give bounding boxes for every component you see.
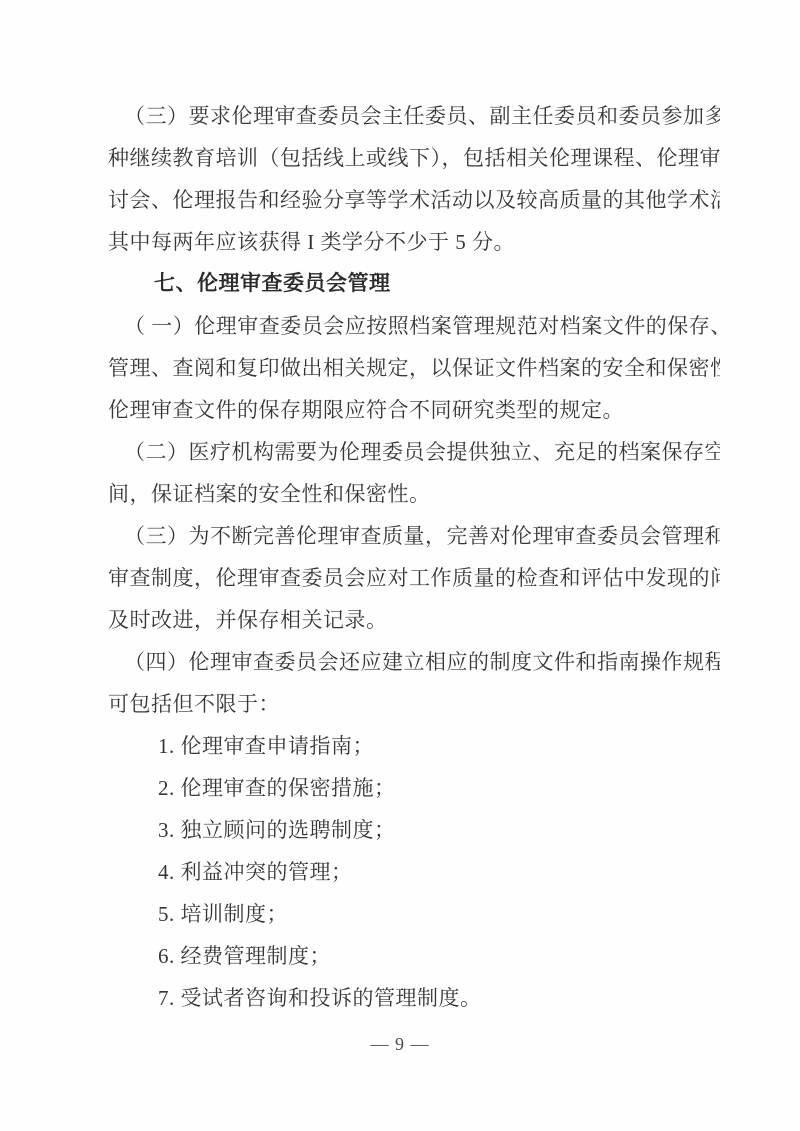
list-item: 4. 利益冲突的管理； [108, 851, 720, 893]
paragraph-line: 讨会、伦理报告和经验分享等学术活动以及较高质量的其他学术活动， [108, 179, 720, 221]
page-footer: — 9 — [0, 1031, 800, 1057]
paragraph-line: 伦理审查文件的保存期限应符合不同研究类型的规定。 [108, 389, 720, 431]
paragraph-line: （三）为不断完善伦理审查质量，完善对伦理审查委员会管理和 [108, 515, 720, 557]
list-item: 2. 伦理审查的保密措施； [108, 767, 720, 809]
paragraph-line: 种继续教育培训（包括线上或线下），包括相关伦理课程、伦理审查研 [108, 137, 720, 179]
paragraph-line: 及时改进，并保存相关记录。 [108, 599, 720, 641]
paragraph-line: （ 一）伦理审查委员会应按照档案管理规范对档案文件的保存、 [108, 305, 720, 347]
paragraph-line: 间，保证档案的安全性和保密性。 [108, 473, 720, 515]
paragraph-line: 管理、查阅和复印做出相关规定，以保证文件档案的安全和保密性。 [108, 347, 720, 389]
section-heading: 七、伦理审查委员会管理 [108, 263, 720, 305]
document-content: （三）要求伦理审查委员会主任委员、副主任委员和委员参加多种继续教育培训（包括线上… [108, 95, 720, 1019]
paragraph-line: （四）伦理审查委员会还应建立相应的制度文件和指南操作规程， [108, 641, 720, 683]
page-number: — 9 — [371, 1034, 430, 1054]
list-item: 7. 受试者咨询和投诉的管理制度。 [108, 977, 720, 1019]
paragraph-line: （三）要求伦理审查委员会主任委员、副主任委员和委员参加多 [108, 95, 720, 137]
list-item: 1. 伦理审查申请指南； [108, 725, 720, 767]
paragraph-line: 其中每两年应该获得 I 类学分不少于 5 分。 [108, 221, 720, 263]
paragraph-line: 审查制度，伦理审查委员会应对工作质量的检查和评估中发现的问题 [108, 557, 720, 599]
list-item: 5. 培训制度； [108, 893, 720, 935]
document-page: （三）要求伦理审查委员会主任委员、副主任委员和委员参加多种继续教育培训（包括线上… [0, 0, 800, 1131]
paragraph-line: 可包括但不限于： [108, 683, 720, 725]
list-item: 3. 独立顾问的选聘制度； [108, 809, 720, 851]
paragraph-line: （二）医疗机构需要为伦理委员会提供独立、充足的档案保存空 [108, 431, 720, 473]
list-item: 6. 经费管理制度； [108, 935, 720, 977]
